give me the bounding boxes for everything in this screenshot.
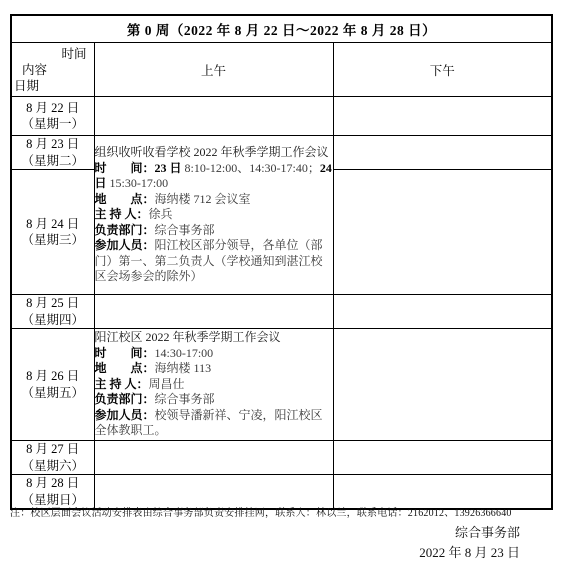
- meeting-host-line: 主 持 人：周昌仕: [95, 377, 333, 393]
- meeting-dept-line: 负责部门：综合事务部: [95, 223, 333, 239]
- weekday-label: （星期一）: [12, 116, 94, 133]
- meeting-cell-aug26: 阳江校区 2022 年秋季学期工作会议 时 间：14:30-17:00 地 点：…: [94, 329, 333, 441]
- afternoon-cell-aug26: [333, 329, 552, 441]
- afternoon-cell-aug24: [333, 170, 552, 295]
- date-label: 8 月 27 日: [12, 441, 94, 458]
- date-label: 8 月 25 日: [12, 295, 94, 312]
- corner-time-label: 时间: [12, 46, 94, 62]
- afternoon-cell-aug23: [333, 136, 552, 170]
- afternoon-column-header: 下午: [333, 43, 552, 97]
- date-label: 8 月 22 日: [12, 100, 94, 117]
- meeting-title: 组织收听收看学校 2022 年秋季学期工作会议: [95, 145, 333, 161]
- corner-header-cell: 时间 内容 日期: [11, 43, 94, 97]
- meeting-participants-line: 参加人员：阳江校区部分领导，各单位（部门）第一、第二负责人（学校通知到湛江校区会…: [95, 238, 333, 285]
- date-cell-aug22: 8 月 22 日 （星期一）: [11, 97, 94, 136]
- weekday-label: （星期四）: [12, 312, 94, 329]
- meeting-cell-aug23-24: 组织收听收看学校 2022 年秋季学期工作会议 时 间：23 日 8:10-12…: [94, 136, 333, 295]
- row-aug26: 8 月 26 日 （星期五） 阳江校区 2022 年秋季学期工作会议 时 间：1…: [11, 329, 552, 441]
- date-label: 8 月 24 日: [12, 216, 94, 233]
- date-cell-aug27: 8 月 27 日 （星期六）: [11, 441, 94, 475]
- meeting-place-line: 地 点：海纳楼 113: [95, 361, 333, 377]
- date-label: 8 月 28 日: [12, 475, 94, 492]
- row-aug23: 8 月 23 日 （星期二） 组织收听收看学校 2022 年秋季学期工作会议 时…: [11, 136, 552, 170]
- date-cell-aug25: 8 月 25 日 （星期四）: [11, 295, 94, 329]
- weekday-label: （星期六）: [12, 458, 94, 475]
- title-row: 第 0 周（2022 年 8 月 22 日～2022 年 8 月 28 日）: [11, 15, 552, 43]
- meeting-time-line: 时 间：23 日 8:10-12:00、14:30-17:40；24 日 15:…: [95, 161, 333, 192]
- morning-cell-aug22: [94, 97, 333, 136]
- footer-note: 注：校区层面会议活动安排表由综合事务部负责安排挂网，联系人：林以兰，联系电话：2…: [10, 504, 562, 519]
- meeting-place-line: 地 点：海纳楼 712 会议室: [95, 192, 333, 208]
- date-label: 8 月 26 日: [12, 368, 94, 385]
- morning-cell-aug25: [94, 295, 333, 329]
- date-cell-aug23: 8 月 23 日 （星期二）: [11, 136, 94, 170]
- schedule-table: 第 0 周（2022 年 8 月 22 日～2022 年 8 月 28 日） 时…: [10, 14, 553, 510]
- weekday-label: （星期二）: [12, 153, 94, 170]
- morning-cell-aug27: [94, 441, 333, 475]
- meeting-dept-line: 负责部门：综合事务部: [95, 392, 333, 408]
- signature-date: 2022 年 8 月 23 日: [419, 542, 520, 561]
- date-label: 8 月 23 日: [12, 136, 94, 153]
- corner-content-label: 内容: [12, 62, 94, 78]
- meeting-title: 阳江校区 2022 年秋季学期工作会议: [95, 330, 333, 346]
- morning-column-header: 上午: [94, 43, 333, 97]
- afternoon-cell-aug22: [333, 97, 552, 136]
- page-title: 第 0 周（2022 年 8 月 22 日～2022 年 8 月 28 日）: [11, 15, 552, 43]
- header-row: 时间 内容 日期 上午 下午: [11, 43, 552, 97]
- signature-department: 综合事务部: [455, 522, 520, 541]
- row-aug22: 8 月 22 日 （星期一）: [11, 97, 552, 136]
- date-cell-aug26: 8 月 26 日 （星期五）: [11, 329, 94, 441]
- meeting-participants-line: 参加人员：校领导潘新祥、宁凌，阳江校区全体教职工。: [95, 408, 333, 439]
- date-cell-aug24: 8 月 24 日 （星期三）: [11, 170, 94, 295]
- afternoon-cell-aug27: [333, 441, 552, 475]
- weekday-label: （星期三）: [12, 232, 94, 249]
- row-aug27: 8 月 27 日 （星期六）: [11, 441, 552, 475]
- afternoon-cell-aug25: [333, 295, 552, 329]
- meeting-host-line: 主 持 人：徐兵: [95, 207, 333, 223]
- row-aug25: 8 月 25 日 （星期四）: [11, 295, 552, 329]
- corner-date-label: 日期: [12, 78, 94, 94]
- weekday-label: （星期五）: [12, 385, 94, 402]
- meeting-time-line: 时 间：14:30-17:00: [95, 346, 333, 362]
